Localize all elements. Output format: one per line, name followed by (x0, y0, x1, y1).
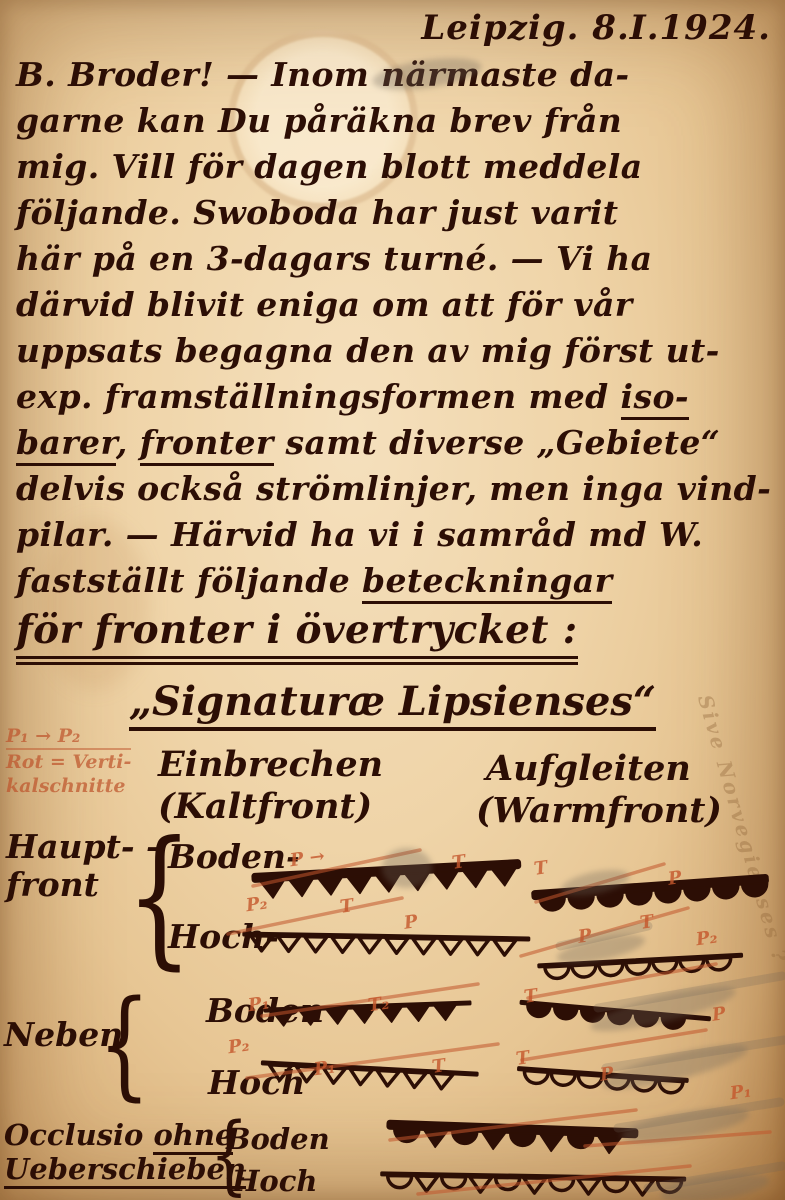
red-pencil-label: P₁ (729, 1081, 753, 1105)
letter-line: delvis också strömlinjer, men inga vind- (16, 466, 776, 512)
text-segment: garne kan Du påräkna brev från (16, 101, 622, 140)
text-segment: pilar. — Härvid ha vi i samråd md W. (16, 515, 703, 554)
letter-line: för fronter i övertrycket : (16, 604, 776, 656)
dateline: Leipzig. 8.I.1924. (421, 8, 771, 48)
column-title: Aufgleiten (486, 748, 722, 790)
text-segment: följande. Swoboda har just varit (16, 193, 618, 232)
graphite-smudge (619, 1101, 752, 1149)
red-pencil-label: P (403, 911, 419, 934)
sublabel-boden: Boden (226, 1122, 330, 1156)
text-segment: Occlusio (4, 1118, 153, 1152)
text-segment: exp. framställningsformen med (16, 377, 621, 416)
letter-line: fastställt följande beteckningar (16, 558, 776, 604)
letter-line: exp. framställningsformen med iso- (16, 374, 776, 420)
column-title: Einbrechen (158, 744, 383, 786)
text-segment: barer (16, 423, 116, 466)
letter-line: garne kan Du påräkna brev från (16, 98, 776, 144)
letter-line: följande. Swoboda har just varit (16, 190, 776, 236)
graphite-smudge (382, 848, 432, 888)
red-pencil-label: P₂ (695, 927, 719, 951)
text-segment: därvid blivit eniga om att för vår (16, 285, 633, 324)
heading-text: „Signaturæ Lipsienses“ (129, 678, 656, 731)
red-pencil-label: P → (289, 846, 326, 872)
occluded-front-ground-symbol (386, 1120, 639, 1161)
letter-line: barer, fronter samt diverse „Gebiete“ (16, 420, 776, 466)
heading-signaturae-lipsienses: „Signaturæ Lipsienses“ (0, 678, 785, 725)
text-segment: uppsats begagna den av mig först ut- (16, 331, 720, 370)
red-pencil-label: T₂ (367, 993, 391, 1017)
text-segment: mig. Vill för dagen blott meddela (16, 147, 643, 186)
letter-line: uppsats begagna den av mig först ut- (16, 328, 776, 374)
letter-line: mig. Vill för dagen blott meddela (16, 144, 776, 190)
column-header-warmfront: Aufgleiten (Warmfront) (486, 748, 722, 832)
red-note-line3: kalschnitte (6, 774, 131, 798)
sublabel-boden: Boden- (168, 838, 300, 876)
red-pencil-label: T (639, 911, 655, 934)
column-subtitle: (Warmfront) (476, 790, 722, 832)
red-pencil-label: T (523, 985, 539, 1008)
letter-line: därvid blivit eniga om att för vår (16, 282, 776, 328)
red-note-line2: Rot = Verti- (6, 750, 131, 774)
text-segment: samt diverse „Gebiete“ (274, 423, 721, 462)
red-pencil-label: T (451, 851, 467, 874)
text-segment: fronter (140, 423, 274, 466)
red-pencil-label: P₂ (227, 1035, 251, 1059)
letter-line: pilar. — Härvid ha vi i samråd md W. (16, 512, 776, 558)
red-pencil-label: P₁ (313, 1057, 337, 1081)
red-pencil-label: T (431, 1055, 447, 1078)
handwritten-postcard: Leipzig. 8.I.1924. B. Broder! — Inom när… (0, 0, 785, 1200)
brace-neben: { (98, 984, 151, 1102)
graphite-smudge (659, 1168, 771, 1200)
text-segment: front (6, 865, 99, 904)
red-margin-note: P₁ → P₂ Rot = Verti- kalschnitte (6, 724, 131, 798)
letter-line: här på en 3-dagars turné. — Vi ha (16, 236, 776, 282)
letter-body: B. Broder! — Inom närmaste da-garne kan … (16, 52, 776, 656)
red-pencil-label: T (339, 895, 355, 918)
text-segment: för fronter i övertrycket : (16, 607, 578, 653)
text-segment: B. Broder! — Inom närmaste da- (16, 55, 629, 94)
red-pencil-label: T (515, 1047, 531, 1070)
cold-front-upper-symbol (242, 931, 531, 978)
sublabel-hoch: Hoch (232, 1164, 318, 1198)
red-pencil-label: P₂ (245, 893, 269, 917)
occluded-front-upper-symbol (380, 1171, 686, 1200)
text-segment: iso- (621, 377, 689, 420)
text-segment: här på en 3-dagars turné. — Vi ha (16, 239, 652, 278)
text-segment: , (116, 423, 140, 462)
red-pencil-label: P (667, 867, 683, 890)
red-note-formula: P₁ → P₂ (6, 724, 131, 750)
red-pencil-label: T (533, 857, 549, 880)
text-segment: delvis också strömlinjer, men inga vind- (16, 469, 771, 508)
text-segment: beteckningar (362, 561, 612, 604)
red-pencil-label: P₁ (247, 993, 271, 1017)
text-segment: fastställt följande (16, 561, 362, 600)
